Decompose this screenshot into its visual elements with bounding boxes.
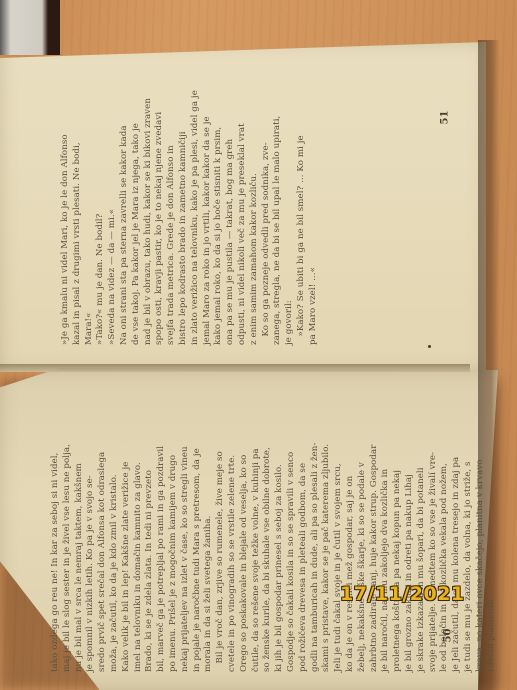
background-object <box>0 0 60 55</box>
date-stamp: 17/11/2021 <box>340 583 465 605</box>
page-number-50: 50 <box>442 629 453 643</box>
ink-speck <box>428 345 431 348</box>
book-gutter <box>0 364 470 372</box>
left-page-text: tako ozdega go reu ne! In kar za seboj s… <box>50 372 498 672</box>
page-number-51: 51 <box>439 111 450 125</box>
right-page-text: »Je ga kmalu ni videl Mari, ko je le don… <box>60 55 320 345</box>
